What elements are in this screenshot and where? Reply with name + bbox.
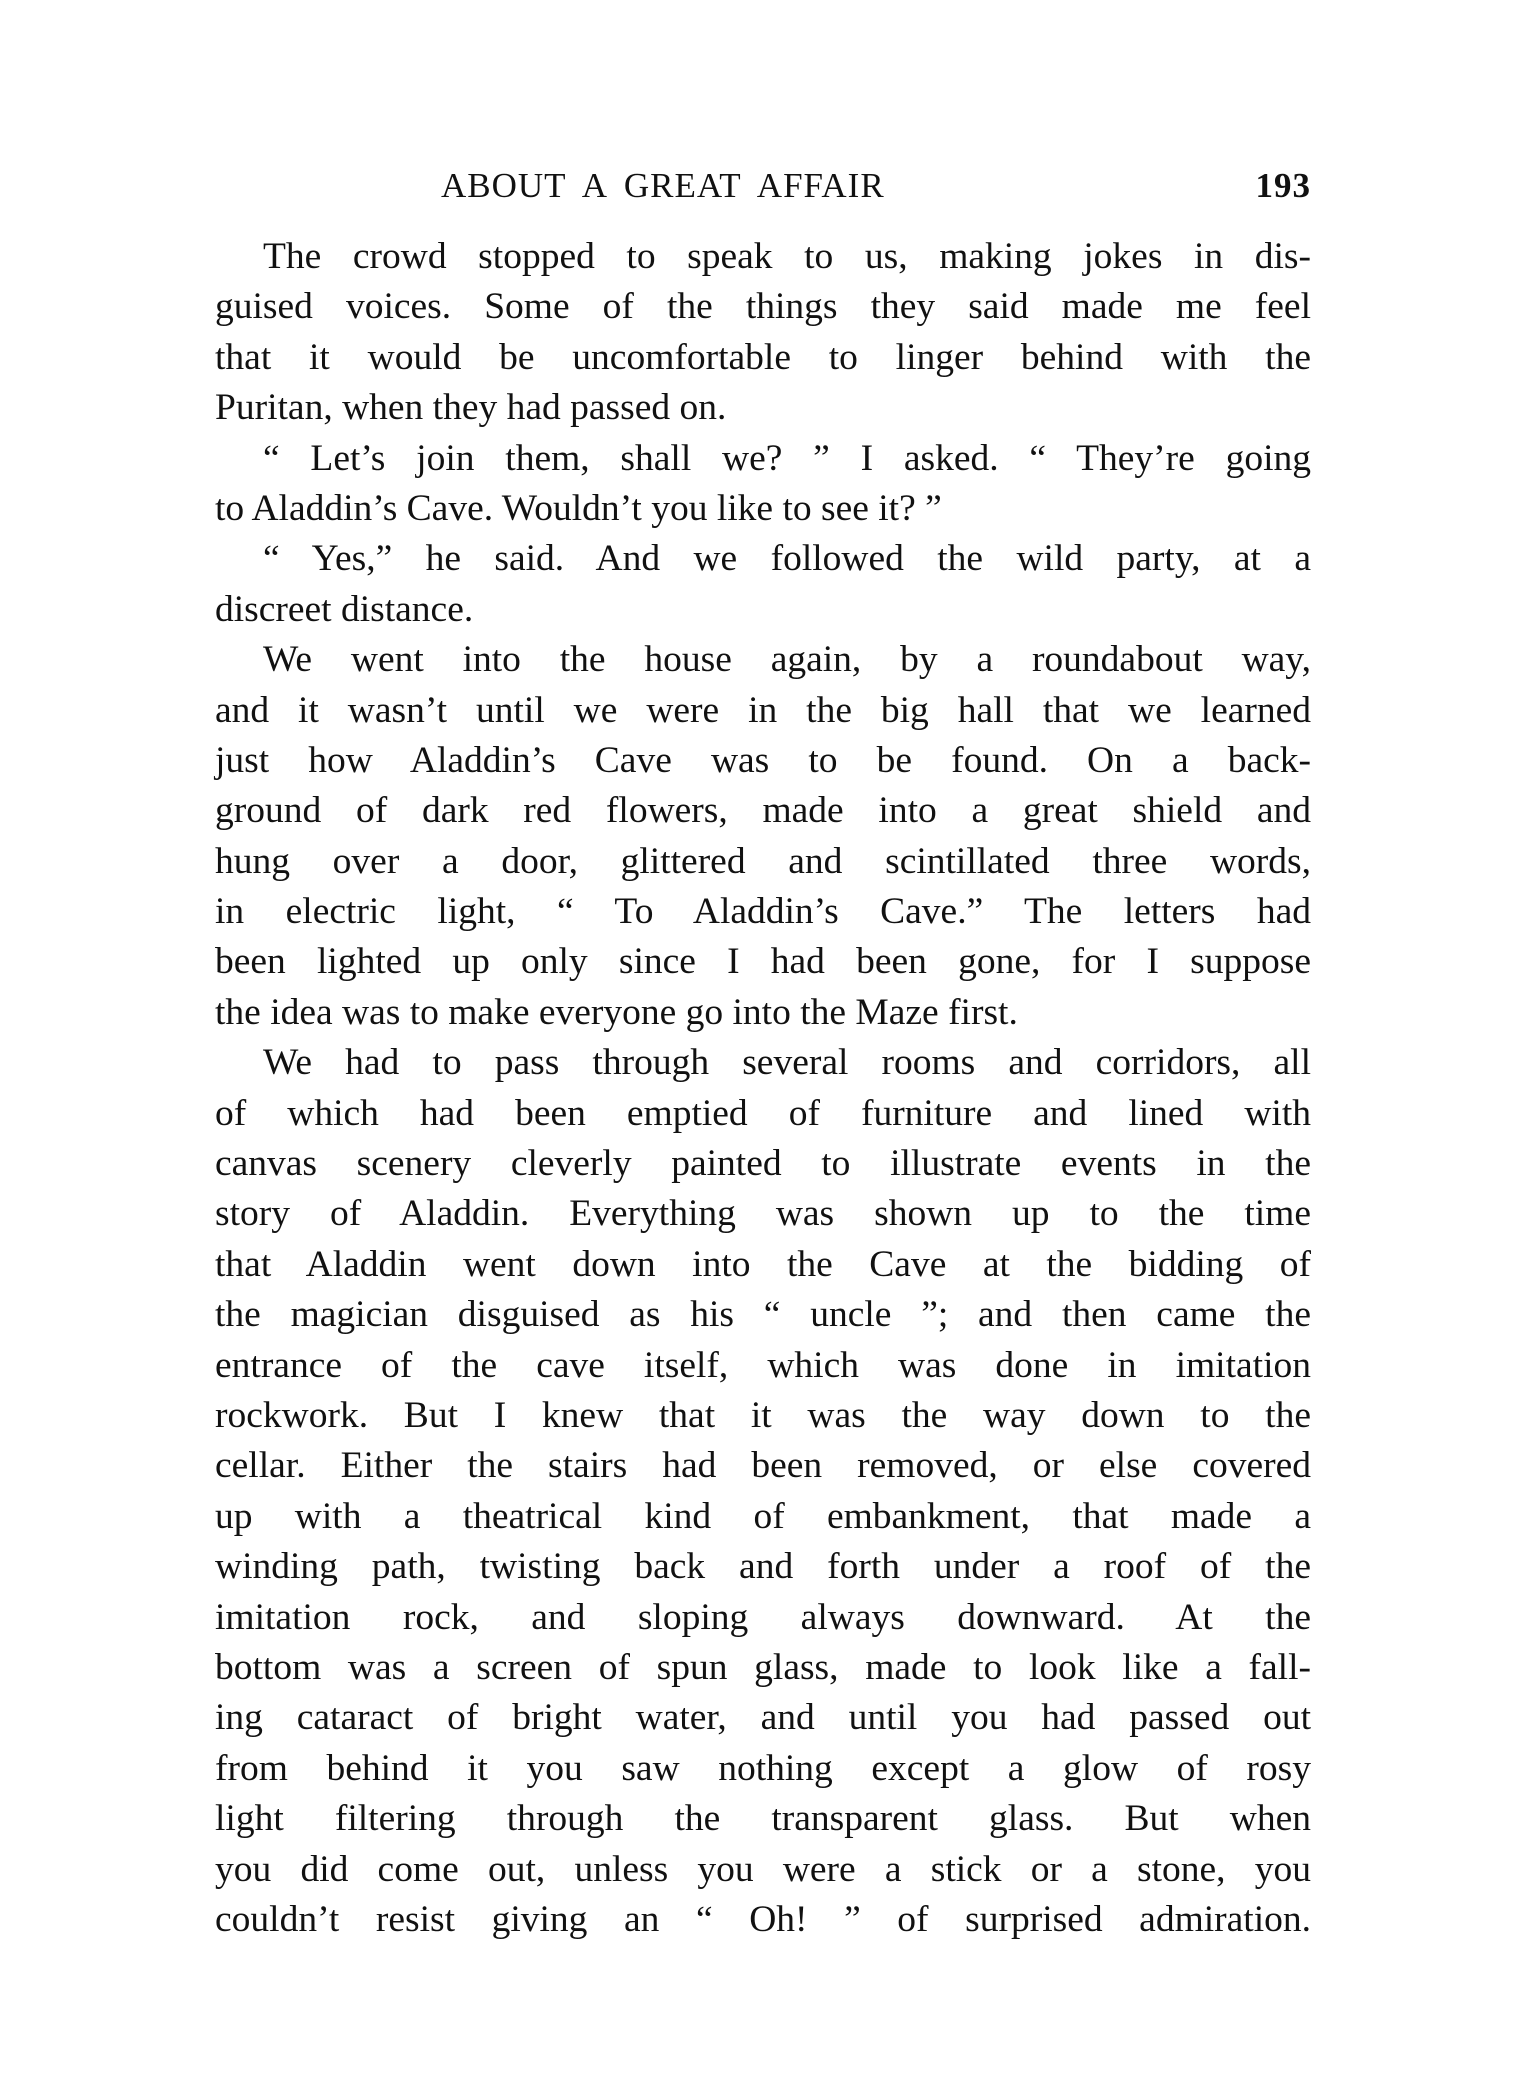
text-line: ing cataract of bright water, and until …	[215, 1693, 1311, 1743]
paragraph-3: “ Yes,” he said. And we followed the wil…	[215, 534, 1311, 635]
text-line: that it would be uncomfortable to linger…	[215, 333, 1311, 383]
text-line: just how Aladdin’s Cave was to be found.…	[215, 736, 1311, 786]
text-line: winding path, twisting back and forth un…	[215, 1542, 1311, 1592]
text-line: from behind it you saw nothing except a …	[215, 1744, 1311, 1794]
text-line: ground of dark red flowers, made into a …	[215, 786, 1311, 836]
text-line: Puritan, when they had passed on.	[215, 383, 1311, 433]
text-line: the magician disguised as his “ uncle ”;…	[215, 1290, 1311, 1340]
text-line: entrance of the cave itself, which was d…	[215, 1341, 1311, 1391]
text-line: the idea was to make everyone go into th…	[215, 988, 1311, 1038]
text-line: that Aladdin went down into the Cave at …	[215, 1240, 1311, 1290]
paragraph-5: We had to pass through several rooms and…	[215, 1038, 1311, 1945]
text-line: and it wasn’t until we were in the big h…	[215, 686, 1311, 736]
text-line: imitation rock, and sloping always downw…	[215, 1593, 1311, 1643]
paragraph-2: “ Let’s join them, shall we? ” I asked. …	[215, 434, 1311, 535]
text-line: been lighted up only since I had been go…	[215, 937, 1311, 987]
text-line: “ Let’s join them, shall we? ” I asked. …	[215, 434, 1311, 484]
text-line: to Aladdin’s Cave. Wouldn’t you like to …	[215, 484, 1311, 534]
text-line: bottom was a screen of spun glass, made …	[215, 1643, 1311, 1693]
text-line: couldn’t resist giving an “ Oh! ” of sur…	[215, 1895, 1311, 1945]
text-line: “ Yes,” he said. And we followed the wil…	[215, 534, 1311, 584]
text-line: up with a theatrical kind of embankment,…	[215, 1492, 1311, 1542]
text-line: cellar. Either the stairs had been remov…	[215, 1441, 1311, 1491]
text-line: We had to pass through several rooms and…	[215, 1038, 1311, 1088]
paragraph-4: We went into the house again, by a round…	[215, 635, 1311, 1038]
book-page: ABOUT A GREAT AFFAIR 193 The crowd stopp…	[0, 0, 1519, 2080]
running-title: ABOUT A GREAT AFFAIR	[441, 166, 885, 206]
text-line: guised voices. Some of the things they s…	[215, 282, 1311, 332]
running-head: ABOUT A GREAT AFFAIR 193	[215, 166, 1311, 206]
page-number: 193	[1256, 166, 1312, 206]
text-line: canvas scenery cleverly painted to illus…	[215, 1139, 1311, 1189]
text-line: in electric light, “ To Aladdin’s Cave.”…	[215, 887, 1311, 937]
paragraph-1: The crowd stopped to speak to us, making…	[215, 232, 1311, 434]
body-text: The crowd stopped to speak to us, making…	[215, 232, 1311, 1945]
text-line: rockwork. But I knew that it was the way…	[215, 1391, 1311, 1441]
text-line: hung over a door, glittered and scintill…	[215, 837, 1311, 887]
text-line: of which had been emptied of furniture a…	[215, 1089, 1311, 1139]
text-line: you did come out, unless you were a stic…	[215, 1845, 1311, 1895]
text-line: The crowd stopped to speak to us, making…	[215, 232, 1311, 282]
text-line: light filtering through the transparent …	[215, 1794, 1311, 1844]
text-line: discreet distance.	[215, 585, 1311, 635]
text-line: We went into the house again, by a round…	[215, 635, 1311, 685]
text-line: story of Aladdin. Everything was shown u…	[215, 1189, 1311, 1239]
